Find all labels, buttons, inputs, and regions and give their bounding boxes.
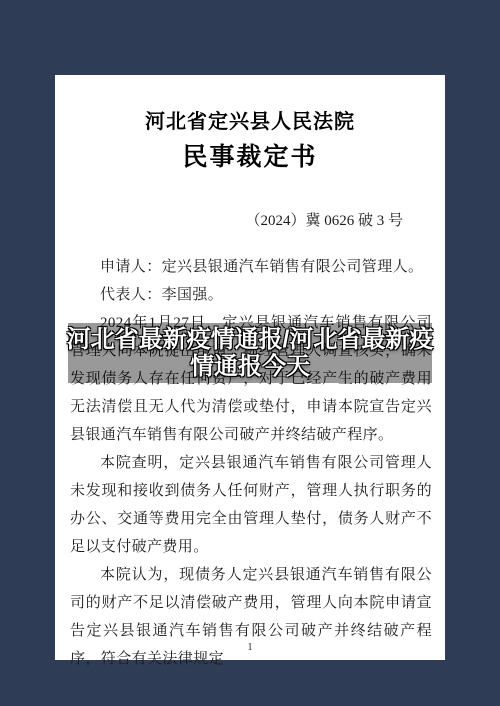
text-line: 本院认为，现债务人定兴县银通汽车销售有限公司的财产不足以清偿破产费用，管理人向本… <box>70 561 432 673</box>
text-line: 河北省最新疫情通报/河北省最新疫 <box>67 326 434 353</box>
screenshot-canvas: 河北省定兴县人民法院 民事裁定书 （2024）冀 0626 破 3 号 申请人：… <box>0 0 500 706</box>
watermark-overlay-band: 河北省最新疫情通报/河北省最新疫情通报今天 <box>68 323 432 383</box>
document-type-heading: 民事裁定书 <box>55 137 445 173</box>
text-line: 代表人：李国强。 <box>70 281 432 309</box>
court-name-heading: 河北省定兴县人民法院 <box>55 105 445 134</box>
document-body: 申请人：定兴县银通汽车销售有限公司管理人。代表人：李国强。2024年1月27日，… <box>70 253 432 673</box>
case-number: （2024）冀 0626 破 3 号 <box>55 209 445 230</box>
page-number: 1 <box>55 641 445 653</box>
text-line: 本院查明，定兴县银通汽车销售有限公司管理人未发现和接收到债务人任何财产，管理人执… <box>70 449 432 561</box>
text-line: 情通报今天 <box>190 353 310 380</box>
text-line: 申请人：定兴县银通汽车销售有限公司管理人。 <box>70 253 432 281</box>
